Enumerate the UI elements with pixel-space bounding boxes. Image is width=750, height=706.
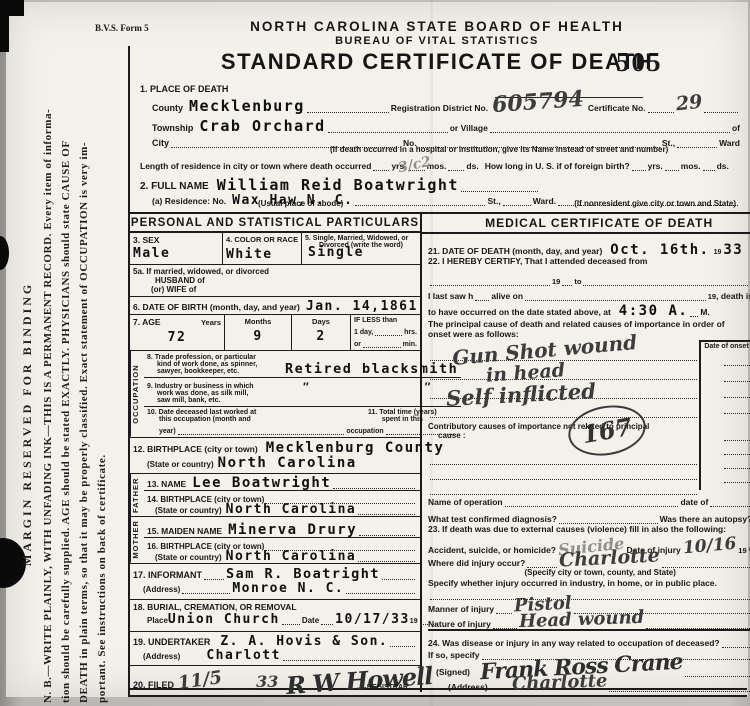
age-days-value: 2 — [295, 329, 347, 344]
certno-value: 29 — [675, 93, 703, 115]
years-label: Years — [201, 318, 221, 327]
min-label: min. — [403, 341, 417, 348]
informant-value: Sam R. Boatright — [226, 566, 380, 582]
hrs-label: hrs. — [404, 329, 417, 336]
operation-label: Name of operation — [428, 497, 503, 507]
state-label: (State or country) — [147, 460, 214, 469]
where-injury-label: Where did injury occur? — [428, 558, 525, 568]
age-months-cell: Months 9 — [224, 315, 291, 350]
board-title: NORTH CAROLINA STATE BOARD OF HEALTH — [128, 19, 746, 34]
undertaker-address-value: Charlott — [206, 648, 281, 663]
husband-of-label: HUSBAND of — [155, 276, 417, 285]
sex-race-marital-row: 3. SEX Male 4. COLOR OR RACE White 5. Si… — [130, 233, 420, 265]
months-label: Months — [228, 317, 288, 326]
trade-label: 8. Trade profession, or particular — [147, 354, 285, 361]
sex-value: Male — [133, 246, 219, 261]
total-time-label3: occupation — [346, 428, 383, 435]
abode-note: (Usual place of abode) — [258, 199, 343, 208]
mother-state-label: (State or country) — [155, 553, 222, 562]
race-label: 4. COLOR OR RACE — [226, 235, 298, 244]
filed-row: 20. FILED 11/5 33 R W Howell REGISTRAR. — [130, 666, 420, 692]
personal-particulars-column: PERSONAL AND STATISTICAL PARTICULARS 3. … — [130, 212, 422, 692]
test-autopsy-row: What test confirmed diagnosis? Was there… — [428, 507, 750, 524]
mother-birthplace-value: North Carolina — [226, 549, 357, 564]
form-body: PERSONAL AND STATISTICAL PARTICULARS 3. … — [130, 212, 747, 692]
age-years-cell: 7. AGE Years 72 — [130, 315, 224, 350]
birthplace-state-value: North Carolina — [218, 455, 357, 471]
signed-address-row: (Address) Charlotte — [428, 677, 750, 692]
registrar-label: REGISTRAR. — [367, 684, 410, 691]
date-of-onset-label: Date of onset — [704, 343, 748, 350]
m-label: M. — [700, 307, 709, 317]
mother-birthplace-row: 16. BIRTHPLACE (city or town) (State or … — [144, 538, 420, 563]
ds-label: ds. — [717, 161, 729, 171]
residence-length-row: Length of residence in city or town wher… — [140, 157, 740, 171]
cause-of-death-area: Contributory causes of importance not re… — [428, 340, 750, 490]
where-injury-handwriting: Charlotte — [559, 547, 661, 571]
scan-artifact — [0, 0, 9, 52]
father-name-label: 13. NAME — [147, 479, 186, 489]
19-label: 19 — [714, 249, 722, 256]
trade-label2: kind of work done, as spinner, — [157, 361, 285, 368]
informant-label: 17. INFORMANT — [133, 570, 202, 580]
industry-label2: work was done, as silk mill, — [157, 390, 285, 397]
age-row: 7. AGE Years 72 Months 9 Days 2 IF LESS … — [130, 315, 420, 351]
if-so-label: If so, specify — [428, 650, 480, 660]
trade-row: 8. Trade profession, or particular kind … — [144, 351, 461, 378]
registrar-signature: R W Howell — [286, 666, 433, 695]
principal-cause-line1: The principal cause of death and related… — [428, 319, 750, 329]
foreign-birth-label: How long in U. S. if of foreign birth? — [485, 161, 630, 171]
occurred-label: to have occurred on the date stated abov… — [428, 307, 611, 317]
village-label: or Village — [450, 123, 488, 133]
father-name-row: 13. NAME Lee Boatwright — [144, 474, 420, 491]
informant-row: 17. INFORMANT Sam R. Boatright (Address)… — [130, 564, 420, 600]
mother-maiden-label: 15. MAIDEN NAME — [147, 526, 222, 536]
father-side-label: FATHER — [130, 474, 144, 516]
informant-address-value: Monroe N. C. — [232, 581, 344, 596]
marital-cell: 5. Single, Married, Widowed, or Divorced… — [301, 233, 420, 264]
burial-row: 18. BURIAL, CREMATION, OR REMOVAL Place … — [130, 600, 420, 632]
19-label: 19 — [552, 277, 560, 286]
filed-label: 20. FILED — [133, 680, 174, 690]
marital-value: Single — [308, 245, 364, 260]
street-label: St., — [487, 196, 500, 206]
manner-label: Manner of injury — [428, 604, 494, 614]
signed-address-handwriting: Charlotte — [511, 672, 607, 693]
occupation-related-row: 24. Was disease or injury in any way rel… — [428, 633, 750, 648]
ward-label: Ward — [719, 138, 740, 148]
or-label: or — [354, 341, 361, 348]
father-birthplace-value: North Carolina — [226, 502, 357, 517]
accident-label: Accident, suicide, or homicide? — [428, 545, 556, 555]
margin-note-line: tion should be carefully supplied. AGE s… — [60, 140, 72, 703]
father-group: FATHER 13. NAME Lee Boatwright 14. BIRTH… — [130, 474, 420, 517]
19-label: 19 — [738, 546, 746, 555]
industry-label: 9. Industry or business in which — [147, 383, 285, 390]
burial-date-value: 10/17/33 — [335, 612, 410, 627]
dob-row: 6. DATE OF BIRTH (month, day, and year) … — [130, 297, 420, 315]
birthplace-row: 12. BIRTHPLACE (city or town) Mecklenbur… — [130, 438, 420, 474]
last-worked-label: 10. Date deceased last worked at — [147, 409, 346, 416]
to-label: to — [574, 277, 581, 286]
filed-year-value: 33 — [256, 674, 278, 690]
margin-note-line: DEATH in plain terms, so that it may be … — [78, 142, 90, 703]
burial-label: 18. BURIAL, CREMATION, OR REMOVAL — [133, 602, 417, 612]
township-row: Township Crab Orchard or Village of — [152, 115, 740, 133]
filed-date-value: 11/5 — [177, 669, 223, 693]
where-injury-row: Where did injury occur? Charlotte — [428, 555, 750, 568]
township-label: Township — [152, 123, 193, 133]
nature-of-injury-row: Nature of injury Head wound — [428, 614, 750, 631]
trade-label3: sawyer, bookkeeper, etc. — [157, 368, 285, 375]
last-worked-label2: this occupation (month and — [159, 416, 346, 423]
sex-cell: 3. SEX Male — [130, 233, 222, 264]
age-days-cell: Days 2 — [291, 315, 350, 350]
if-less-cell: IF LESS than 1 day,hrs. ormin. — [350, 315, 420, 350]
place-of-death-label: 1. PLACE OF DEATH — [140, 84, 228, 94]
burial-date-label: Date — [302, 616, 319, 625]
medical-certificate-column: MEDICAL CERTIFICATE OF DEATH 21. DATE OF… — [422, 212, 750, 692]
birthplace-value: Mecklenburg County — [266, 440, 445, 456]
margin-note-line: N. B.—WRITE PLAINLY, WITH UNFADING INK—T… — [42, 109, 54, 703]
personal-section-title: PERSONAL AND STATISTICAL PARTICULARS — [130, 214, 420, 233]
last-worked-row: 10. Date deceased last worked at this oc… — [144, 407, 461, 437]
mother-maiden-value: Minerva Drury — [228, 522, 357, 538]
hospital-note: (If death occurred in a hospital or inst… — [330, 145, 668, 154]
age-years-value: 72 — [133, 330, 221, 345]
residence-label: (a) Residence: No. — [152, 196, 226, 206]
mother-group: MOTHER 15. MAIDEN NAME Minerva Drury 16.… — [130, 517, 420, 564]
autopsy-label: Was there an autopsy? — [660, 514, 750, 524]
death-said-label: , death is said — [716, 291, 750, 301]
nature-handwriting: Head wound — [519, 609, 645, 631]
death-certificate-scan: MARGIN RESERVED FOR BINDING N. B.—WRITE … — [0, 0, 750, 706]
township-value: Crab Orchard — [199, 117, 325, 135]
occurred-row: to have occurred on the date stated abov… — [428, 301, 750, 317]
race-cell: 4. COLOR OR RACE White — [222, 233, 301, 264]
undertaker-row: 19. UNDERTAKER Z. A. Hovis & Son. (Addre… — [130, 632, 420, 666]
date-of-death-label: 21. DATE OF DEATH (month, day, and year) — [428, 246, 602, 256]
city-label: City — [152, 138, 169, 148]
marital-label: 5. Single, Married, Widowed, or — [305, 235, 417, 242]
margin-binding-text: MARGIN RESERVED FOR BINDING — [20, 282, 35, 566]
industry-label3: saw mill, bank, etc. — [157, 397, 285, 404]
age-label: 7. AGE — [133, 317, 161, 327]
certify-label: 22. I HEREBY CERTIFY, That I attended de… — [428, 256, 750, 271]
dob-label: 6. DATE OF BIRTH (month, day, and year) — [133, 302, 300, 312]
undertaker-address-label: (Address) — [143, 652, 180, 661]
regdist-value: 605794 — [491, 88, 584, 116]
regdist-label: Registration District No. — [391, 103, 488, 113]
days-label: Days — [295, 317, 347, 326]
informant-address-label: (Address) — [143, 585, 180, 594]
age-months-value: 9 — [228, 329, 288, 344]
signed-label: (Signed) — [436, 667, 470, 677]
alive-on-label: alive on — [491, 291, 523, 301]
date-of-death-row: 21. DATE OF DEATH (month, day, and year)… — [428, 236, 750, 256]
burial-place-value: Union Church — [168, 612, 280, 627]
ward-label: Ward. — [533, 196, 556, 206]
occupation-related-label: 24. Was disease or injury in any way rel… — [428, 638, 720, 648]
one-day-label: 1 day, — [354, 329, 373, 336]
mos-label: mos. — [681, 161, 701, 171]
husband-wife-row: 5a. If married, widowed, or divorced HUS… — [130, 265, 420, 297]
undertaker-value: Z. A. Hovis & Son. — [220, 634, 388, 649]
injury-date-handwriting: 10/16 — [682, 536, 737, 558]
of-label: of — [732, 123, 740, 133]
father-state-label: (State or country) — [155, 506, 222, 515]
residence-length-label: Length of residence in city or town wher… — [140, 161, 371, 171]
ds-label: ds. — [466, 161, 478, 171]
19-label: 19 — [708, 292, 716, 301]
birthplace-label: 12. BIRTHPLACE (city or town) — [133, 444, 258, 454]
burial-19-label: 19 — [410, 618, 418, 625]
sex-label: 3. SEX — [133, 235, 219, 245]
occupation-group: OCCUPATION 8. Trade profession, or parti… — [130, 351, 420, 438]
race-value: White — [226, 247, 298, 262]
contributory-label1: Contributory causes of importance not re… — [428, 422, 699, 431]
county-value: Mecklenburg — [189, 97, 305, 115]
occupation-side-label: OCCUPATION — [130, 351, 144, 437]
industry-row: 9. Industry or business in which work wa… — [144, 378, 461, 407]
last-saw-label: I last saw h — [428, 291, 473, 301]
father-birthplace-row: 14. BIRTHPLACE (city or town) (State or … — [144, 491, 420, 516]
certificate-stamp-number: 505 — [616, 47, 663, 78]
father-name-value: Lee Boatwright — [192, 475, 331, 491]
margin-note-line: portant. See instructions on back of cer… — [96, 454, 108, 703]
if-less-label: IF LESS than — [354, 317, 417, 324]
mother-name-row: 15. MAIDEN NAME Minerva Drury — [144, 517, 420, 538]
certno-label: Certificate No. — [588, 103, 646, 113]
undertaker-label: 19. UNDERTAKER — [133, 637, 210, 647]
last-worked-label3: year) — [159, 428, 176, 435]
last-saw-row: I last saw h alive on 19 , death is said — [428, 286, 750, 301]
dob-value: Jan. 14,1861 — [306, 299, 418, 314]
ditto-mark: ″ — [303, 380, 309, 394]
date-of-label: date of — [680, 497, 708, 507]
married-label: 5a. If married, widowed, or divorced — [133, 267, 417, 276]
date-of-onset-column: Date of onset — [699, 340, 750, 490]
nature-label: Nature of injury — [428, 619, 491, 629]
wife-of-label: (or) WIFE of — [151, 285, 417, 294]
yrs-label: yrs. — [648, 161, 663, 171]
county-row: County Mecklenburg Registration District… — [152, 95, 740, 113]
attended-dates-row: 19 to 19 — [428, 271, 750, 286]
blank-line — [428, 590, 750, 600]
cause-lines: Contributory causes of importance not re… — [428, 340, 699, 490]
nonresident-note: (If nonresident give city or town and St… — [574, 199, 736, 208]
county-label: County — [152, 103, 183, 113]
test-label: What test confirmed diagnosis? — [428, 514, 557, 524]
full-name-row: 2. FULL NAME William Reid Boatwright — [140, 172, 540, 192]
medical-section-title: MEDICAL CERTIFICATE OF DEATH — [422, 214, 750, 234]
mother-side-label: MOTHER — [130, 517, 144, 563]
burial-place-label: Place — [147, 616, 168, 625]
bureau-title: BUREAU OF VITAL STATISTICS — [128, 35, 746, 47]
